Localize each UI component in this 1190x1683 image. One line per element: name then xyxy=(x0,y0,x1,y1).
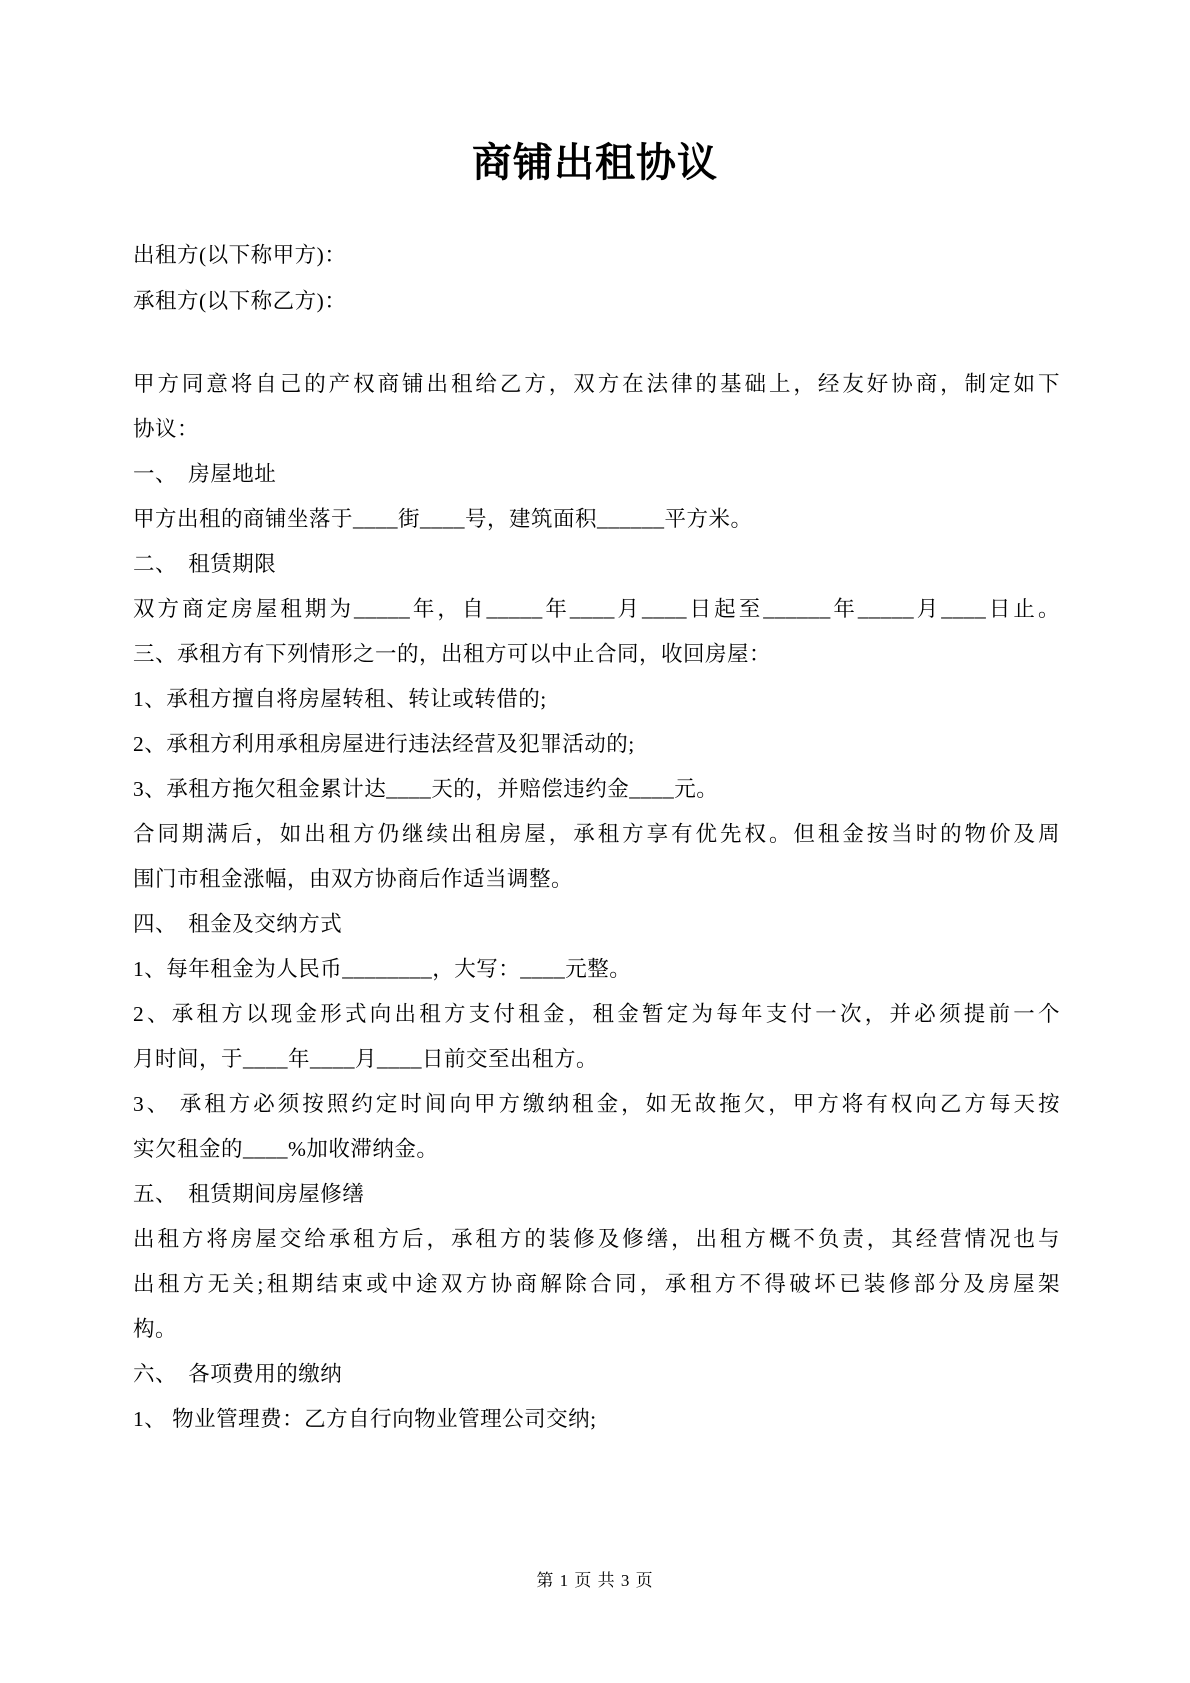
document-body: 出租方(以下称甲方)：承租方(以下称乙方)：甲方同意将自己的产权商铺出租给乙方，… xyxy=(133,232,1060,1442)
document-line: 1、承租方擅自将房屋转租、转让或转借的; xyxy=(133,677,1060,722)
document-line: 双方商定房屋租期为_____年，自_____年____月____日起至_____… xyxy=(133,587,1060,632)
document-title: 商铺出租协议 xyxy=(0,0,1190,190)
document-line: 承租方(以下称乙方)： xyxy=(133,278,1060,324)
document-line: 四、 租金及交纳方式 xyxy=(133,902,1060,947)
document-line: 出租方无关;租期结束或中途双方协商解除合同，承租方不得破坏已装修部分及房屋架 xyxy=(133,1262,1060,1307)
document-page: 商铺出租协议 出租方(以下称甲方)：承租方(以下称乙方)：甲方同意将自己的产权商… xyxy=(0,0,1190,1683)
document-line: 围门市租金涨幅，由双方协商后作适当调整。 xyxy=(133,857,1060,902)
document-line: 月时间，于____年____月____日前交至出租方。 xyxy=(133,1037,1060,1082)
document-line: 合同期满后，如出租方仍继续出租房屋，承租方享有优先权。但租金按当时的物价及周 xyxy=(133,812,1060,857)
document-line: 五、 租赁期间房屋修缮 xyxy=(133,1172,1060,1217)
document-line: 出租方将房屋交给承租方后，承租方的装修及修缮，出租方概不负责，其经营情况也与 xyxy=(133,1217,1060,1262)
document-line: 甲方出租的商铺坐落于____街____号，建筑面积______平方米。 xyxy=(133,497,1060,542)
document-line: 3、 承租方必须按照约定时间向甲方缴纳租金，如无故拖欠，甲方将有权向乙方每天按 xyxy=(133,1082,1060,1127)
document-line: 出租方(以下称甲方)： xyxy=(133,232,1060,278)
page-number-footer: 第 1 页 共 3 页 xyxy=(0,1566,1190,1591)
document-line: 2、承租方利用承租房屋进行违法经营及犯罪活动的; xyxy=(133,722,1060,767)
blank-line xyxy=(133,324,1060,362)
document-line: 3、承租方拖欠租金累计达____天的，并赔偿违约金____元。 xyxy=(133,767,1060,812)
document-line: 构。 xyxy=(133,1307,1060,1352)
document-line: 1、 物业管理费：乙方自行向物业管理公司交纳; xyxy=(133,1397,1060,1442)
document-line: 六、 各项费用的缴纳 xyxy=(133,1352,1060,1397)
document-line: 实欠租金的____%加收滞纳金。 xyxy=(133,1127,1060,1172)
document-line: 二、 租赁期限 xyxy=(133,542,1060,587)
document-line: 协议： xyxy=(133,407,1060,452)
document-line: 甲方同意将自己的产权商铺出租给乙方，双方在法律的基础上，经友好协商，制定如下 xyxy=(133,362,1060,407)
document-line: 一、 房屋地址 xyxy=(133,452,1060,497)
document-line: 三、承租方有下列情形之一的，出租方可以中止合同，收回房屋： xyxy=(133,632,1060,677)
document-line: 2、承租方以现金形式向出租方支付租金，租金暂定为每年支付一次，并必须提前一个 xyxy=(133,992,1060,1037)
document-line: 1、每年租金为人民币________，大写：____元整。 xyxy=(133,947,1060,992)
